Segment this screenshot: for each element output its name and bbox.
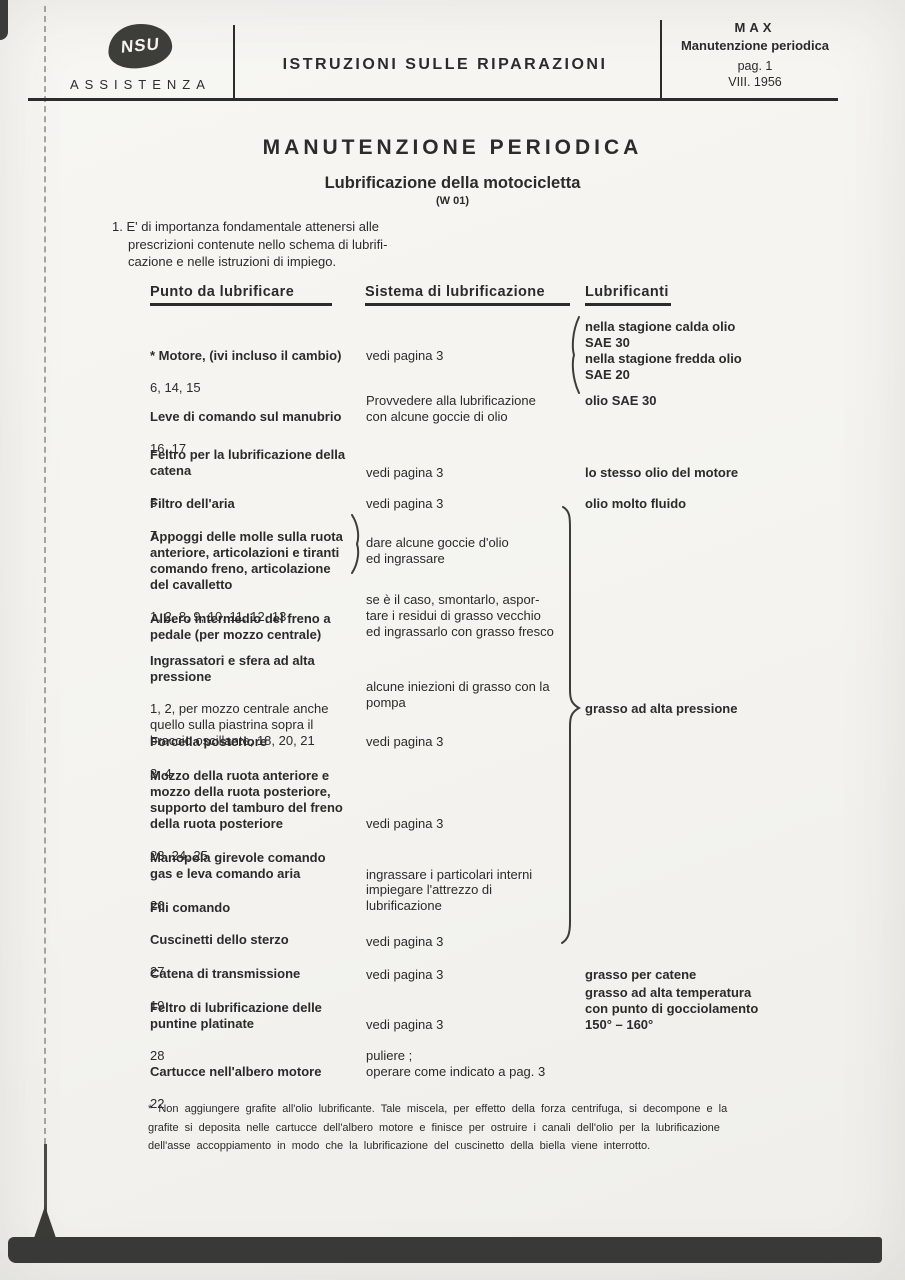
- system-cell: se è il caso, smontarlo, aspor- tare i r…: [366, 592, 580, 640]
- point-name: Feltro di lubrificazione delle puntine p…: [150, 1000, 366, 1032]
- page-number: pag. 1: [660, 59, 850, 73]
- system-cell: vedi pagina 3: [366, 1017, 580, 1033]
- header-subject: Manutenzione periodica: [660, 38, 850, 53]
- system-cell: vedi pagina 3: [366, 934, 580, 950]
- footnote: * Non aggiungere grafite all'olio lubrif…: [148, 1100, 862, 1156]
- col-header-point: Punto da lubrificare: [150, 284, 332, 306]
- point-name: Forcella posteriore: [150, 734, 366, 750]
- header-info-box: MAX Manutenzione periodica pag. 1 VIII. …: [660, 20, 850, 89]
- point-name: * Motore, (ivi incluso il cambio): [150, 348, 366, 364]
- lubricant-cell: olio molto fluido: [585, 496, 877, 512]
- header-rule: [28, 98, 838, 101]
- point-name: Fili comando: [150, 900, 366, 916]
- scanned-manual-page: NSU ASSISTENZA ISTRUZIONI SULLE RIPARAZI…: [0, 0, 905, 1280]
- point-name: Appoggi delle molle sulla ruota anterior…: [150, 529, 366, 593]
- point-name: Cartucce nell'albero motore: [150, 1064, 366, 1080]
- section-code: (W 01): [0, 195, 905, 207]
- lubricant-cell: lo stesso olio del motore: [585, 465, 877, 481]
- system-cell: alcune iniezioni di grasso con la pompa: [366, 679, 580, 711]
- system-cell: vedi pagina 3: [366, 496, 580, 512]
- point-name: Ingrassatori e sfera ad alta pressione: [150, 653, 366, 685]
- lubricant-cell: grasso ad alta temperatura con punto di …: [585, 985, 877, 1033]
- document-title: ISTRUZIONI SULLE RIPARAZIONI: [240, 56, 650, 74]
- scan-corner-mark: [0, 0, 8, 40]
- system-cell: puliere ; operare come indicato a pag. 3: [366, 1048, 580, 1080]
- point-name: Mozzo della ruota anteriore e mozzo dell…: [150, 768, 366, 832]
- point-name: Leve di comando sul manubrio: [150, 409, 366, 425]
- point-name: Filtro dell'aria: [150, 496, 366, 512]
- page-edge-bar: [8, 1237, 882, 1263]
- point-name: Feltro per la lubrificazione della caten…: [150, 447, 366, 479]
- point-name: Manopola girevole comando gas e leva com…: [150, 850, 366, 882]
- system-brace: [350, 514, 362, 574]
- lubricant-cell: nella stagione calda olio SAE 30 nella s…: [585, 319, 877, 383]
- intro-paragraph: 1. E' di importanza fondamentale attener…: [112, 218, 498, 271]
- col-header-system: Sistema di lubrificazione: [365, 284, 570, 306]
- lubricant-cell: grasso per catene: [585, 967, 877, 983]
- group-brace: [560, 506, 582, 944]
- system-cell: impiegare l'attrezzo di lubrificazione: [366, 882, 580, 914]
- page-title: MANUTENZIONE PERIODICA: [0, 136, 905, 160]
- logo-caption: ASSISTENZA: [70, 77, 210, 92]
- group-lubricant-label: grasso ad alta pressione: [585, 701, 877, 716]
- col-header-lubricant: Lubrificanti: [585, 284, 671, 306]
- point-name: Cuscinetti dello sterzo: [150, 932, 366, 948]
- nsu-logo-text: NSU: [120, 34, 160, 58]
- lubricant-cell: olio SAE 30: [585, 393, 877, 409]
- system-cell: vedi pagina 3: [366, 348, 580, 364]
- nsu-logo-icon: NSU: [106, 21, 174, 70]
- system-cell: vedi pagina 3: [366, 967, 580, 983]
- header-divider-left: [233, 25, 235, 100]
- system-cell: Provvedere alla lubrificazione con alcun…: [366, 393, 580, 425]
- page-crease-shadow: [34, 1206, 56, 1238]
- page-subtitle: Lubrificazione della motocicletta: [0, 174, 905, 193]
- system-cell: vedi pagina 3: [366, 816, 580, 832]
- model-name: MAX: [660, 20, 850, 35]
- system-cell: ingrassare i particolari interni: [366, 867, 580, 883]
- issue-date: VIII. 1956: [660, 75, 850, 89]
- system-cell: vedi pagina 3: [366, 734, 580, 750]
- point-name: Catena di transmissione: [150, 966, 366, 982]
- lubricant-brace: [569, 316, 581, 394]
- system-cell: vedi pagina 3: [366, 465, 580, 481]
- header-logo-block: NSU ASSISTENZA: [70, 24, 210, 92]
- system-cell: dare alcune goccie d'olio ed ingrassare: [366, 535, 580, 567]
